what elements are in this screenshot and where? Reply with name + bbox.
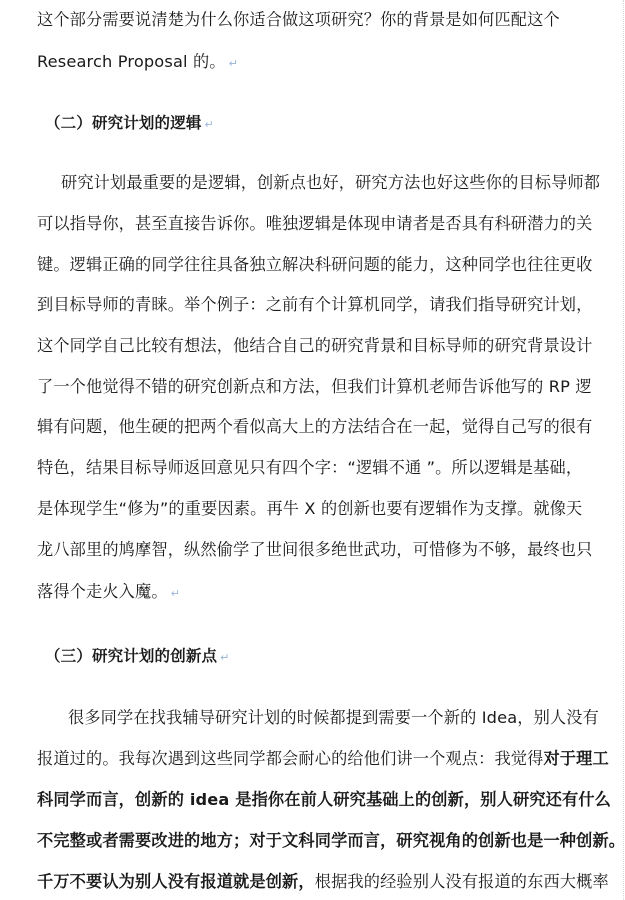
text-line: 了一个他觉得不错的研究创新点和方法，但我们计算机老师告诉他写的 RP 逻 [37, 376, 592, 398]
text-line: 键。逻辑正确的同学往往具备独立解决科研问题的能力，这种同学也往往更收 [37, 254, 592, 276]
bold-text-line: 不完整或者需要改进的地方；对于文科同学而言，研究视角的创新也是一种创新。 [37, 830, 625, 852]
text-line: 龙八部里的鸠摩智，纵然偷学了世间很多绝世武功，可惜修为不够，最终也只 [37, 539, 592, 561]
document-page: 这个部分需要说清楚为什么你适合做这项研究？你的背景是如何匹配这个 Researc… [0, 0, 625, 900]
text-line: 是体现学生“修为”的重要因素。再牛 X 的创新也要有逻辑作为支撑。就像天 [37, 498, 582, 520]
bold-text-span: 对于理工 [543, 749, 608, 768]
section-heading: （三）研究计划的创新点↵ [45, 645, 230, 669]
text-span: 根据我的经验别人没有报道的东西大概率 [315, 872, 609, 891]
text-span: 报道过的。我每次遇到这些同学都会耐心的给他们讲一个观点：我觉得 [37, 749, 543, 768]
text-span: 落得个走火入魔。 [37, 582, 168, 601]
paragraph-mark-icon: ↵ [220, 651, 229, 664]
text-line: 落得个走火入魔。↵ [37, 581, 180, 605]
paragraph-mark-icon: ↵ [205, 118, 214, 131]
text-line: 可以指导你，甚至直接告诉你。唯独逻辑是体现申请者是否具有科研潜力的关 [37, 213, 592, 235]
section-heading: （二）研究计划的逻辑↵ [45, 112, 214, 136]
paragraph-mark-icon: ↵ [229, 57, 238, 70]
text-line: 很多同学在找我辅导研究计划的时候都提到需要一个新的 Idea，别人没有 [68, 707, 599, 729]
text-line: 千万不要认为别人没有报道就是创新，根据我的经验别人没有报道的东西大概率 [37, 871, 609, 893]
text-line: 到目标导师的青睐。举个例子：之前有个计算机同学，请我们指导研究计划， [37, 294, 592, 316]
text-line: 研究计划最重要的是逻辑，创新点也好，研究方法也好这些你的目标导师都 [61, 172, 600, 194]
bold-text-span: 千万不要认为别人没有报道就是创新， [37, 872, 315, 891]
heading-text: （三）研究计划的创新点 [45, 647, 217, 665]
text-line: 特色，结果目标导师返回意见只有四个字：“逻辑不通 ”。所以逻辑是基础， [37, 457, 582, 479]
text-line: Research Proposal 的。↵ [37, 51, 238, 75]
text-line: 辑有问题，他生硬的把两个看似高大上的方法结合在一起，觉得自己写的很有 [37, 416, 592, 438]
paragraph-mark-icon: ↵ [171, 587, 180, 600]
text-line: 这个部分需要说清楚为什么你适合做这项研究？你的背景是如何匹配这个 [37, 9, 560, 31]
text-line: 这个同学自己比较有想法，他结合自己的研究背景和目标导师的研究背景设计 [37, 335, 592, 357]
heading-text: （二）研究计划的逻辑 [45, 114, 202, 132]
page-margin-guide [623, 0, 624, 900]
bold-text-line: 科同学而言，创新的 idea 是指你在前人研究基础上的创新，别人研究还有什么 [37, 789, 611, 811]
text-span: Research Proposal 的。 [37, 52, 226, 71]
text-line: 报道过的。我每次遇到这些同学都会耐心的给他们讲一个观点：我觉得对于理工 [37, 748, 609, 770]
